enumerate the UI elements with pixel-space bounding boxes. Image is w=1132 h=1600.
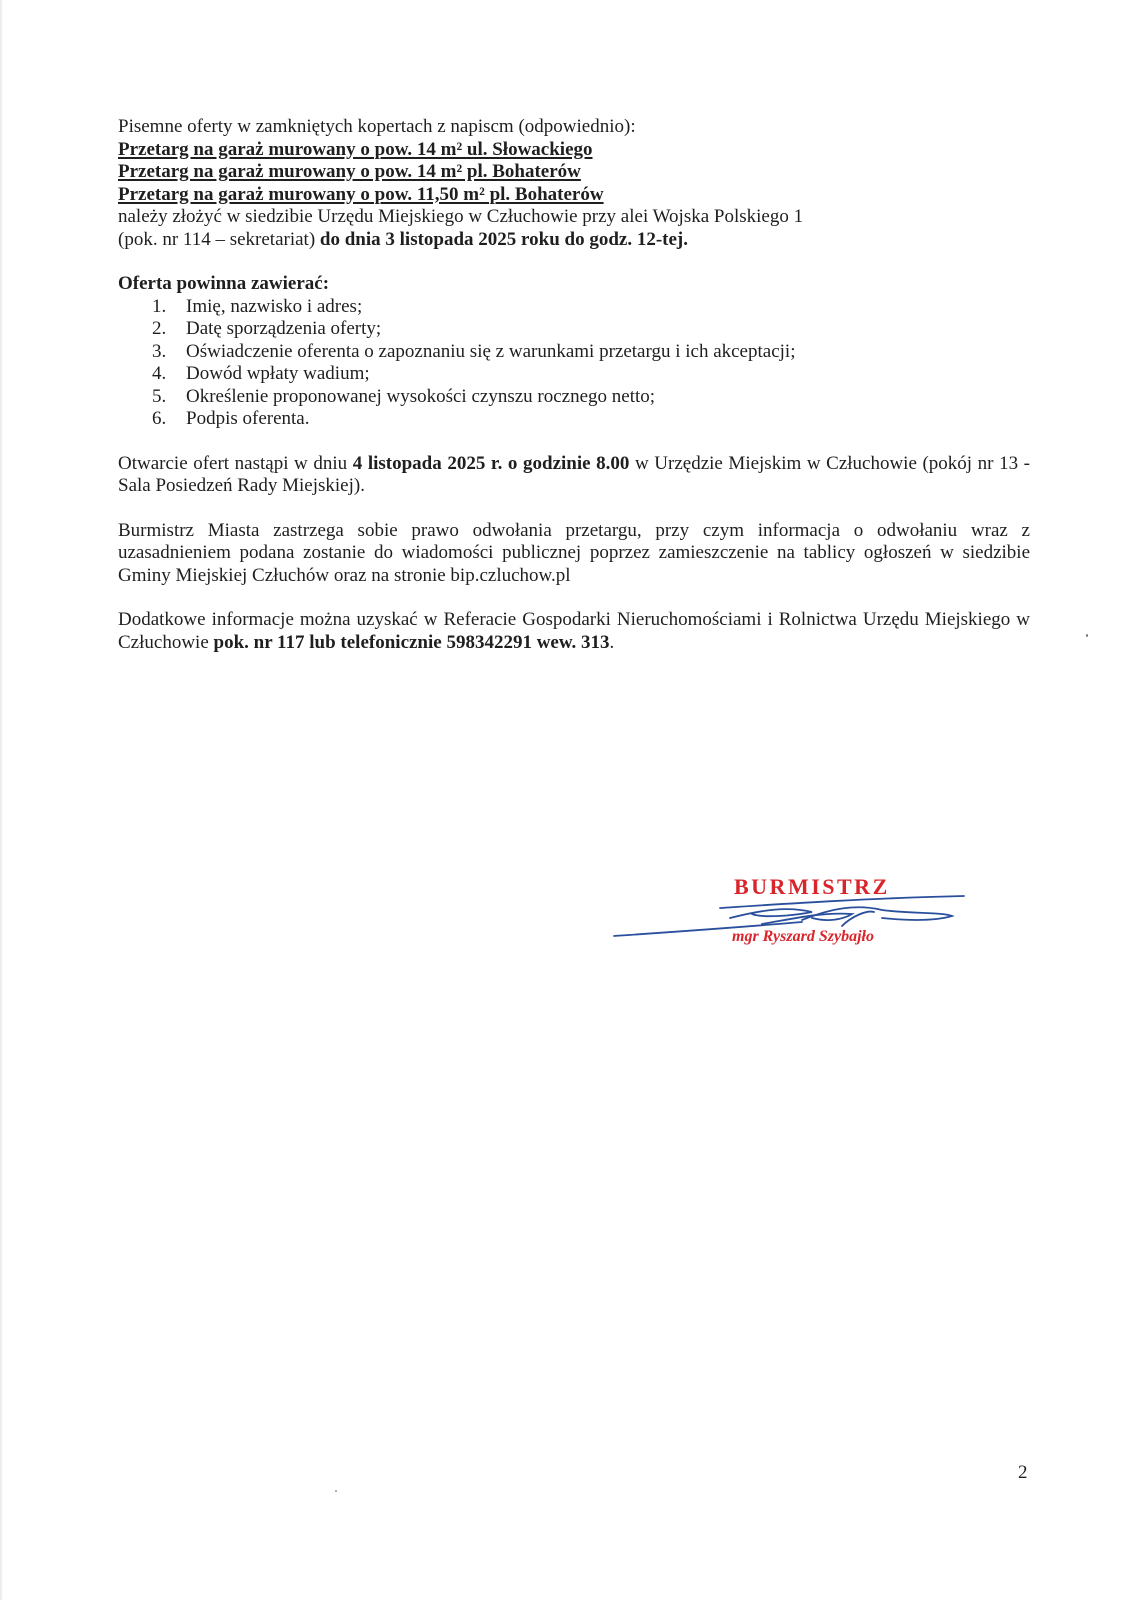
submission-deadline: do dnia 3 listopada 2025 roku do godz. 1… xyxy=(320,229,688,250)
tender-title-2: Przetarg na garaż murowany o pow. 14 m² … xyxy=(118,161,1030,184)
scan-speck xyxy=(1086,634,1088,637)
stamp-name: mgr Ryszard Szybajło xyxy=(732,928,874,946)
opening-date: 4 listopada 2025 r. o godzinie 8.00 xyxy=(353,453,630,474)
submission-line-2: (pok. nr 114 – sekretariat) do dnia 3 li… xyxy=(118,229,1030,252)
document-page: Pisemne oferty w zamkniętych kopertach z… xyxy=(0,0,1132,1600)
scan-edge xyxy=(0,0,3,1600)
list-item: 5.Określenie proponowanej wysokości czyn… xyxy=(118,386,1030,409)
handwritten-signature-icon xyxy=(612,868,982,968)
list-item: 1.Imię, nazwisko i adres; xyxy=(118,296,1030,319)
offer-requirements: Oferta powinna zawierać: 1.Imię, nazwisk… xyxy=(118,273,1030,431)
list-item: 6.Podpis oferenta. xyxy=(118,408,1030,431)
contact-details: pok. nr 117 lub telefonicznie 598342291 … xyxy=(214,632,610,653)
opening-paragraph: Otwarcie ofert nastąpi w dniu 4 listopad… xyxy=(118,453,1030,498)
list-item: 4.Dowód wpłaty wadium; xyxy=(118,363,1030,386)
offer-items-list: 1.Imię, nazwisko i adres; 2.Datę sporząd… xyxy=(118,296,1030,431)
scan-speck xyxy=(335,1490,337,1492)
submission-line-1: należy złożyć w siedzibie Urzędu Miejski… xyxy=(118,206,1030,229)
page-number: 2 xyxy=(1018,1462,1028,1484)
mayor-signature-stamp: BURMISTRZ mgr Ryszard Szybajło xyxy=(612,868,982,968)
cancellation-paragraph: Burmistrz Miasta zastrzega sobie prawo o… xyxy=(118,520,1030,588)
list-item: 3.Oświadczenie oferenta o zapoznaniu się… xyxy=(118,341,1030,364)
tender-title-3: Przetarg na garaż murowany o pow. 11,50 … xyxy=(118,184,1030,207)
submission-location: (pok. nr 114 – sekretariat) xyxy=(118,229,320,250)
document-body: Pisemne oferty w zamkniętych kopertach z… xyxy=(118,116,1030,654)
intro-line: Pisemne oferty w zamkniętych kopertach z… xyxy=(118,116,1030,139)
contact-paragraph: Dodatkowe informacje można uzyskać w Ref… xyxy=(118,609,1030,654)
tender-title-1: Przetarg na garaż murowany o pow. 14 m² … xyxy=(118,139,1030,162)
list-item: 2.Datę sporządzenia oferty; xyxy=(118,318,1030,341)
offer-heading: Oferta powinna zawierać: xyxy=(118,273,1030,296)
